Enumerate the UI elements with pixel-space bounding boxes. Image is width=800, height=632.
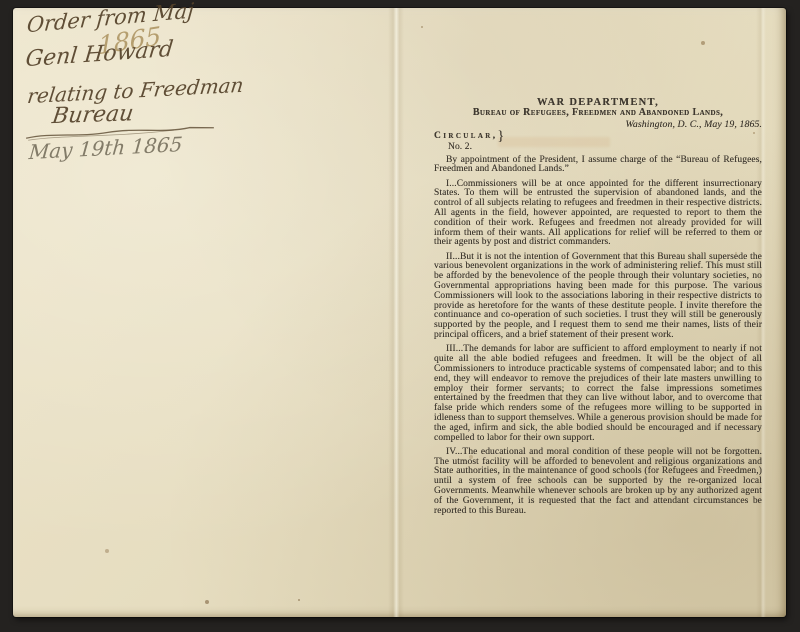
paragraph-2: II...But it is not the intention of Gove… (434, 253, 762, 341)
center-fold-crease (388, 8, 404, 617)
circular-number: No. 2. (448, 142, 762, 153)
foxing-spots (0, 0, 2, 2)
paragraph-1: I...Commissioners will be at once appoin… (434, 180, 762, 249)
printed-circular: WAR DEPARTMENT, Bureau of Refugees, Free… (434, 97, 762, 521)
circular-label: Circular, (434, 131, 498, 141)
paragraph-3: III...The demands for labor are sufficie… (434, 345, 762, 443)
brace-glyph: } (498, 129, 505, 144)
circular-label-row: Circular,} (434, 131, 762, 142)
dateline: Washington, D. C., May 19, 1865. (434, 119, 762, 130)
paragraph-4: IV...The educational and moral condition… (434, 448, 762, 517)
paragraph-intro: By appointment of the President, I assum… (434, 156, 762, 176)
bureau-heading: Bureau of Refugees, Freedmen and Abandon… (434, 108, 762, 119)
